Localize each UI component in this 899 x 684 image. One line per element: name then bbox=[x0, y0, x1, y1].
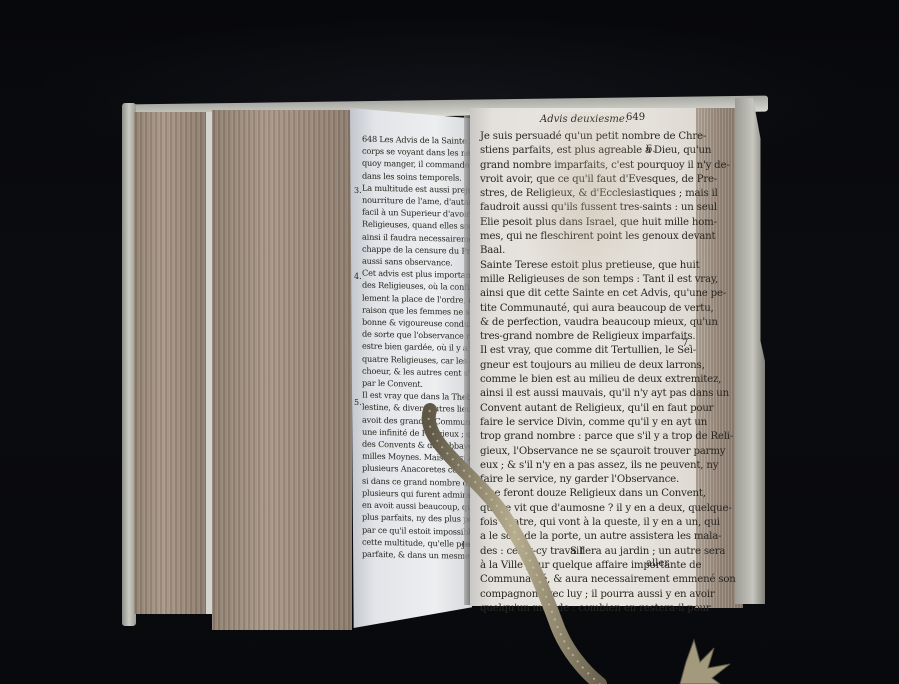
brass-hand-bookmark-icon bbox=[0, 0, 899, 684]
